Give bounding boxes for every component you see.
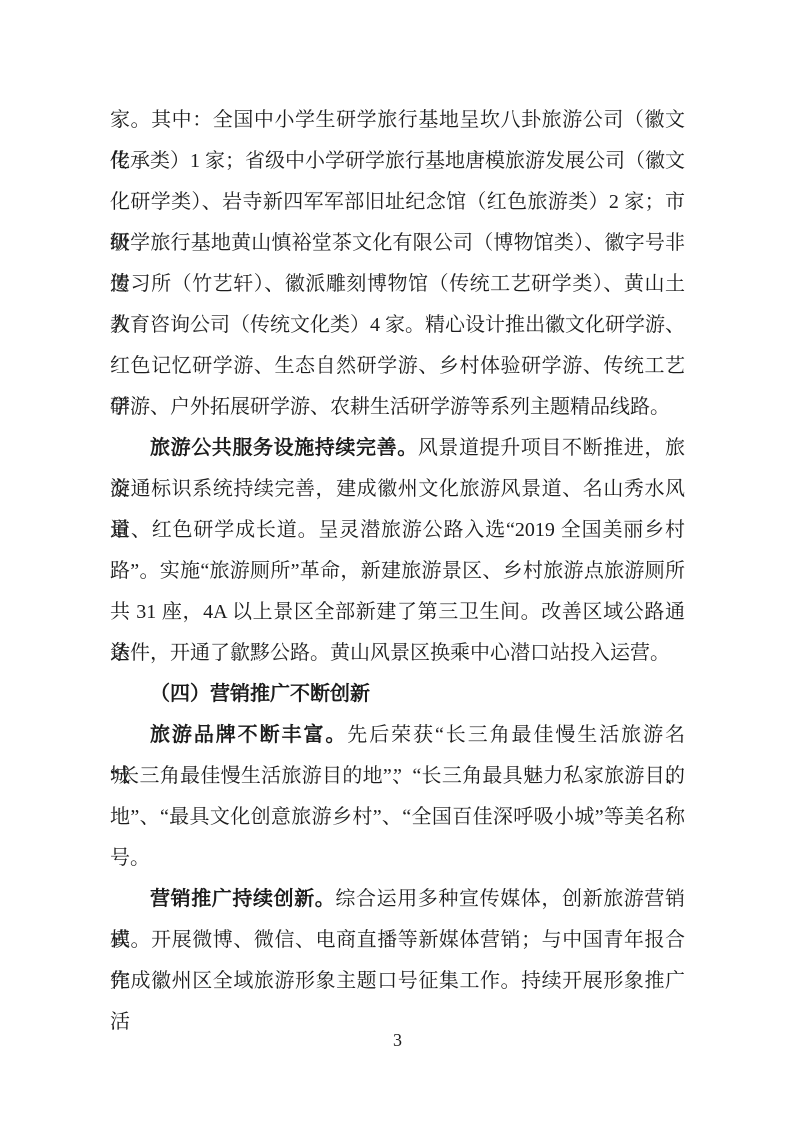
text-line: （四）营销推广不断创新 — [110, 674, 685, 715]
text-line: 式。开展微博、微信、电商直播等新媒体营销；与中国青年报合作 — [110, 920, 685, 961]
bold-lead-run: 旅游品牌不断丰富。 — [150, 724, 347, 746]
text-line: 道、红色研学成长道。呈灵潜旅游公路入选“2019 全国美丽乡村 — [110, 510, 685, 551]
text-line: 营销推广持续创新。综合运用多种宣传媒体，创新旅游营销模 — [110, 879, 685, 920]
text-line: “长三角最佳慢生活旅游目的地”、“长三角最具魅力私家旅游目的 — [110, 756, 685, 797]
paragraph-public-service-facilities: 旅游公共服务设施持续完善。风景道提升项目不断推进，旅游交通标识系统持续完善，建成… — [110, 428, 685, 674]
text-line: 研学旅行基地黄山慎裕堂茶文化有限公司（博物馆类）、徽字号非遗 — [110, 223, 685, 264]
text-line: 传习所（竹艺轩）、徽派雕刻博物馆（传统工艺研学类）、黄山土人 — [110, 264, 685, 305]
text-run: 传承类）1 家；省级中小学研学旅行基地唐模旅游发展公司（徽文 — [110, 150, 685, 172]
paragraph-marketing-innovation: 营销推广持续创新。综合运用多种宣传媒体，创新旅游营销模式。开展微博、微信、电商直… — [110, 879, 685, 1002]
text-line: 化研学类）、岩寺新四军军部旧址纪念馆（红色旅游类）2 家；市级 — [110, 182, 685, 223]
text-run: 号。 — [110, 847, 150, 869]
text-line: 旅游品牌不断丰富。先后荣获“长三角最佳慢生活旅游名城”、 — [110, 715, 685, 756]
text-run: 道、红色研学成长道。呈灵潜旅游公路入选“2019 全国美丽乡村 — [110, 519, 685, 541]
text-line: 条件，开通了歙黟公路。黄山风景区换乘中心潜口站投入运营。 — [110, 633, 685, 674]
text-line: 学游、户外拓展研学游、农耕生活研学游等系列主题精品线路。 — [110, 387, 685, 428]
text-line: 家。其中：全国中小学生研学旅行基地呈坎八卦旅游公司（徽文化 — [110, 100, 685, 141]
bold-lead-run: 营销推广持续创新。 — [150, 888, 335, 910]
text-line: 号。 — [110, 838, 685, 879]
text-line: 红色记忆研学游、生态自然研学游、乡村体验研学游、传统工艺研 — [110, 346, 685, 387]
text-run: 路”。实施“旅游厕所”革命，新建旅游景区、乡村旅游点旅游厕所 — [110, 560, 685, 582]
text-run: 地”、“最具文化创意旅游乡村”、“全国百佳深呼吸小城”等美名称 — [110, 806, 685, 828]
text-line: 交通标识系统持续完善，建成徽州文化旅游风景道、名山秀水风景 — [110, 469, 685, 510]
text-run: 学游、户外拓展研学游、农耕生活研学游等系列主题精品线路。 — [110, 396, 670, 418]
text-line: 地”、“最具文化创意旅游乡村”、“全国百佳深呼吸小城”等美名称 — [110, 797, 685, 838]
text-line: 旅游公共服务设施持续完善。风景道提升项目不断推进，旅游 — [110, 428, 685, 469]
text-run: 教育咨询公司（传统文化类）4 家。精心设计推出徽文化研学游、 — [110, 314, 685, 336]
text-line: 共 31 座，4A 以上景区全部新建了第三卫生间。改善区域公路通达 — [110, 592, 685, 633]
text-line: 教育咨询公司（传统文化类）4 家。精心设计推出徽文化研学游、 — [110, 305, 685, 346]
page-number: 3 — [110, 1028, 685, 1052]
heading-section-4-marketing: （四）营销推广不断创新 — [110, 674, 685, 715]
text-line: 完成徽州区全域旅游形象主题口号征集工作。持续开展形象推广活 — [110, 961, 685, 1002]
text-run: 完成徽州区全域旅游形象主题口号征集工作。持续开展形象推广活 — [110, 970, 685, 1033]
text-line: 传承类）1 家；省级中小学研学旅行基地唐模旅游发展公司（徽文 — [110, 141, 685, 182]
paragraph-tourism-brand: 旅游品牌不断丰富。先后荣获“长三角最佳慢生活旅游名城”、“长三角最佳慢生活旅游目… — [110, 715, 685, 879]
text-run: 条件，开通了歙黟公路。黄山风景区换乘中心潜口站投入运营。 — [110, 642, 670, 664]
text-body: 家。其中：全国中小学生研学旅行基地呈坎八卦旅游公司（徽文化传承类）1 家；省级中… — [110, 100, 685, 1002]
text-line: 路”。实施“旅游厕所”革命，新建旅游景区、乡村旅游点旅游厕所 — [110, 551, 685, 592]
document-page: 家。其中：全国中小学生研学旅行基地呈坎八卦旅游公司（徽文化传承类）1 家；省级中… — [0, 0, 793, 1122]
text-run: “长三角最佳慢生活旅游目的地”、“长三角最具魅力私家旅游目的 — [110, 765, 685, 787]
paragraph-study-travel-bases: 家。其中：全国中小学生研学旅行基地呈坎八卦旅游公司（徽文化传承类）1 家；省级中… — [110, 100, 685, 428]
bold-lead-run: （四）营销推广不断创新 — [150, 683, 370, 705]
bold-lead-run: 旅游公共服务设施持续完善。 — [150, 437, 418, 459]
